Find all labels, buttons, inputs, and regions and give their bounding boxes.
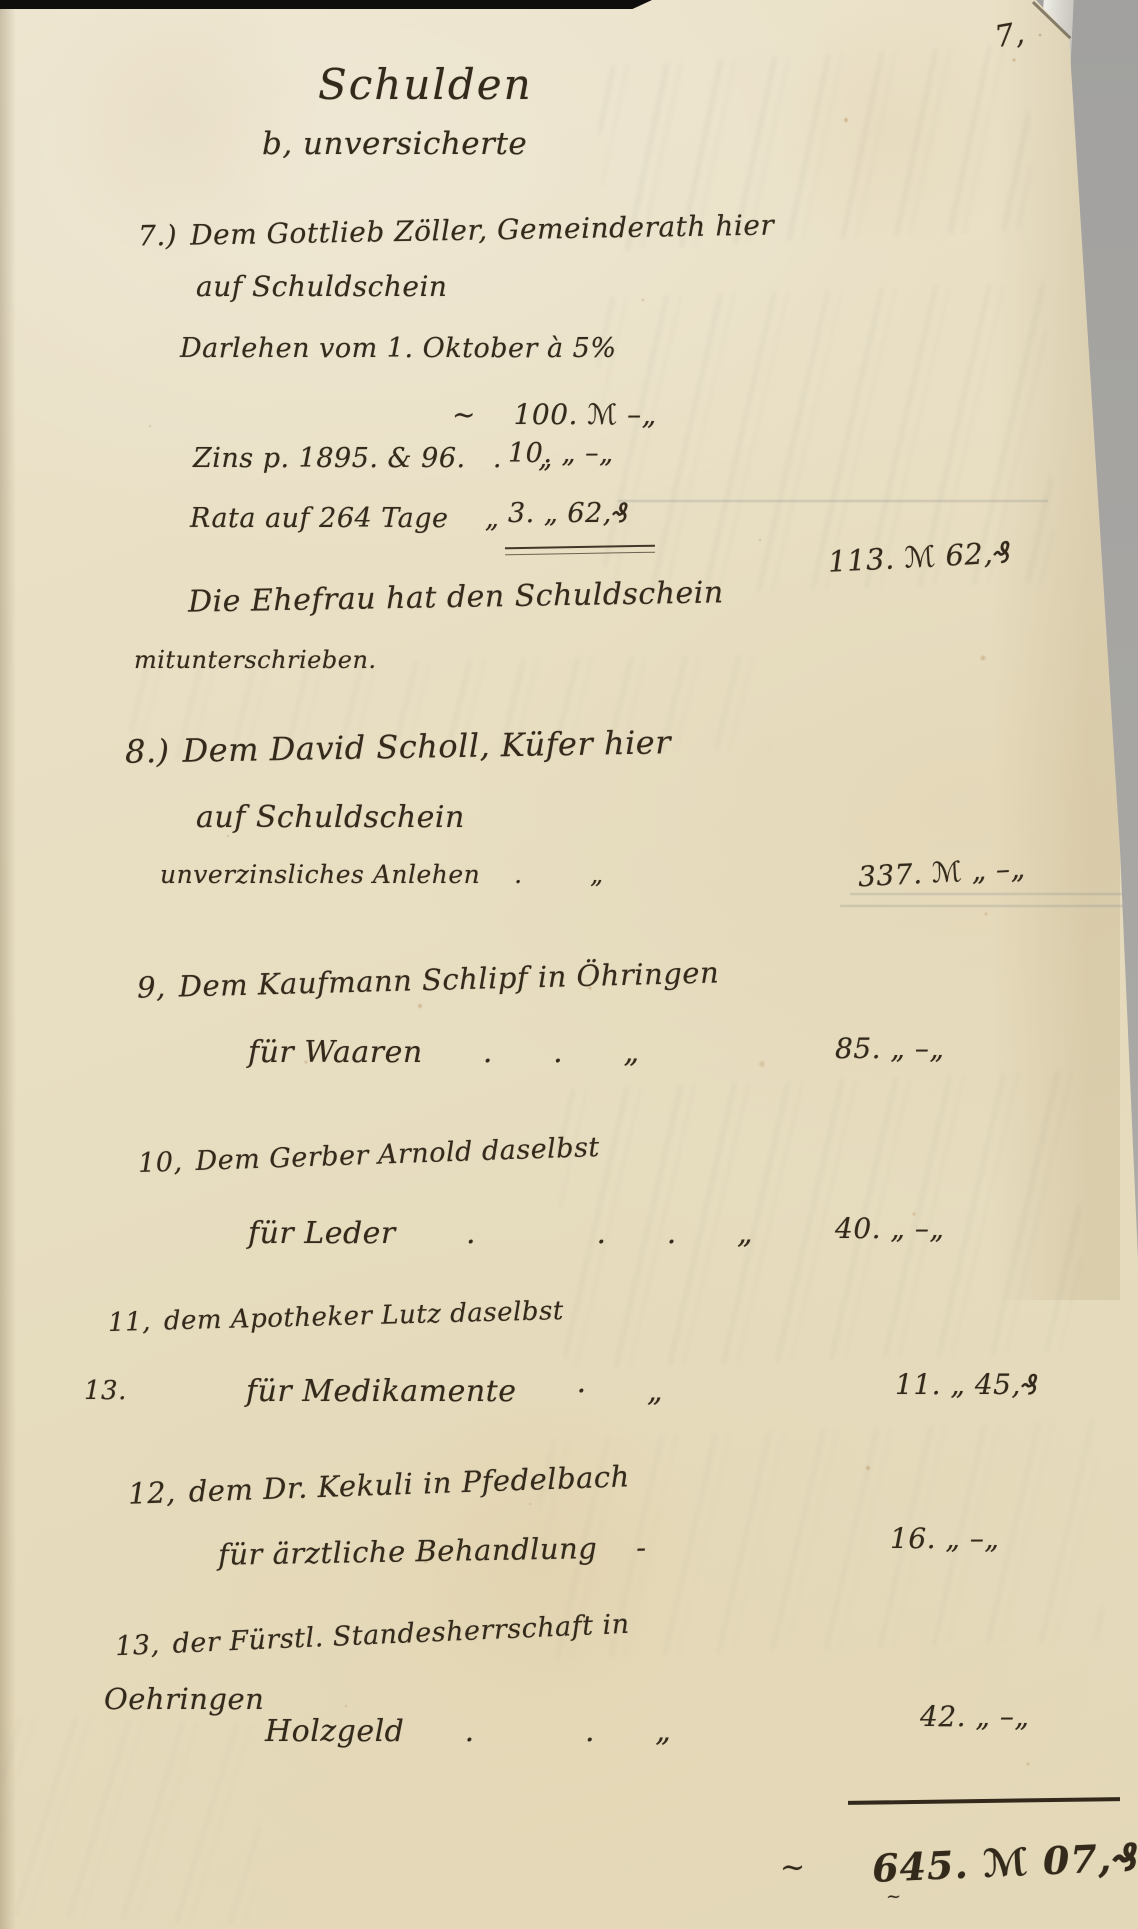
entry-7-item-1-label: Darlehen vom 1. Oktober à 5% bbox=[180, 333, 617, 364]
scanned-manuscript: 7, Schulden b, unversicherte 7.)Dem Gott… bbox=[0, 0, 1138, 1929]
creditor-name: Dem Kaufmann Schlipf in Öhringen bbox=[178, 955, 719, 1003]
entry-9-amount: 85. „ –„ bbox=[835, 1032, 944, 1065]
entry-number: 7.) bbox=[138, 219, 178, 253]
entry-13-amount: 42. „ –„ bbox=[920, 1700, 1029, 1733]
show-through-rule bbox=[618, 500, 1048, 502]
entry-8-security: auf Schuldschein bbox=[196, 800, 465, 835]
entry-number: 12, bbox=[128, 1475, 177, 1511]
entry-13-heading: 13,der Fürstl. Standesherrschaft in bbox=[115, 1609, 631, 1662]
total-flourish: ~ bbox=[886, 1886, 902, 1907]
entry-7-note-1: Die Ehefrau hat den Schuldschein bbox=[188, 575, 724, 619]
entry-11-amount: 11. „ 45,₰ bbox=[895, 1368, 1039, 1401]
entry-number: 11, bbox=[108, 1307, 152, 1338]
creditor-name: dem Apotheker Lutz daselbst bbox=[164, 1296, 565, 1336]
entry-10-amount: 40. „ –„ bbox=[835, 1212, 944, 1245]
entry-8-heading: 8.)Dem David Scholl, Küfer hier bbox=[125, 723, 672, 771]
entry-13-place: Oehringen bbox=[104, 1682, 264, 1716]
entry-7-item-3-amount: 3. „ 62,₰ bbox=[508, 498, 630, 529]
entry-7-subtotal: 113. ℳ 62,₰ bbox=[827, 535, 1013, 579]
document-title: Schulden bbox=[318, 60, 533, 109]
entry-7-item-3-label: Rata auf 264 Tage „ bbox=[190, 503, 499, 534]
total-rule bbox=[848, 1797, 1120, 1805]
entry-10-heading: 10,Dem Gerber Arnold daselbst bbox=[138, 1132, 601, 1179]
creditor-name: Dem Gerber Arnold daselbst bbox=[195, 1132, 600, 1177]
document-page: 7, Schulden b, unversicherte 7.)Dem Gott… bbox=[0, 0, 1138, 1929]
entry-13-item-label: Holzgeld . . „ bbox=[265, 1714, 671, 1749]
creditor-name: der Fürstl. Standesherrschaft in bbox=[172, 1609, 630, 1660]
total-amount: 645. ℳ 07,₰ bbox=[871, 1834, 1138, 1891]
margin-note: 13. bbox=[84, 1376, 127, 1406]
entry-7-item-2-label: Zins p. 1895. & 96. . „ bbox=[193, 443, 553, 474]
entry-number: 10, bbox=[138, 1147, 184, 1180]
entry-7-sum-underline bbox=[505, 545, 655, 556]
entry-number: 8.) bbox=[125, 732, 170, 771]
entry-11-item-label: für Medikamente · „ bbox=[246, 1374, 663, 1409]
creditor-name: dem Dr. Kekuli in Pfedelbach bbox=[188, 1459, 630, 1508]
entry-9-heading: 9,Dem Kaufmann Schlipf in Öhringen bbox=[137, 955, 720, 1004]
creditor-name: Dem David Scholl, Küfer hier bbox=[182, 723, 671, 770]
entry-7-heading: 7.)Dem Gottlieb Zöller, Gemeinderath hie… bbox=[138, 208, 775, 252]
entry-7-item-1-amount: ~ 100. ℳ –„ bbox=[452, 398, 657, 431]
entry-8-item-label: unverzinsliches Anlehen . „ bbox=[160, 860, 604, 889]
entry-12-item-label: für ärztliche Behandlung - bbox=[218, 1530, 647, 1571]
entry-12-amount: 16. „ –„ bbox=[890, 1522, 999, 1555]
page-number: 7, bbox=[992, 16, 1027, 56]
creditor-name: Dem Gottlieb Zöller, Gemeinderath hier bbox=[190, 208, 775, 251]
entry-number: 13, bbox=[115, 1629, 161, 1662]
left-edge-shadow bbox=[0, 0, 16, 1929]
entry-10-item-label: für Leder . . . „ bbox=[248, 1216, 753, 1251]
right-edge-shadow bbox=[990, 0, 1120, 1300]
scan-edge-strip bbox=[0, 0, 652, 9]
document-subtitle: b, unversicherte bbox=[262, 126, 527, 162]
show-through-text bbox=[0, 1716, 263, 1925]
entry-7-note-2: mitunterschrieben. bbox=[134, 646, 377, 674]
entry-12-heading: 12,dem Dr. Kekuli in Pfedelbach bbox=[128, 1459, 631, 1510]
entry-11-heading: 11,dem Apotheker Lutz daselbst bbox=[108, 1296, 564, 1338]
entry-number: 9, bbox=[137, 970, 167, 1005]
entry-7-security: auf Schuldschein bbox=[196, 270, 447, 303]
entry-9-item-label: für Waaren . . „ bbox=[248, 1035, 639, 1070]
entry-7-item-2-amount: 10. „ –„ bbox=[508, 438, 614, 469]
total-prefix: ~ bbox=[780, 1850, 806, 1885]
